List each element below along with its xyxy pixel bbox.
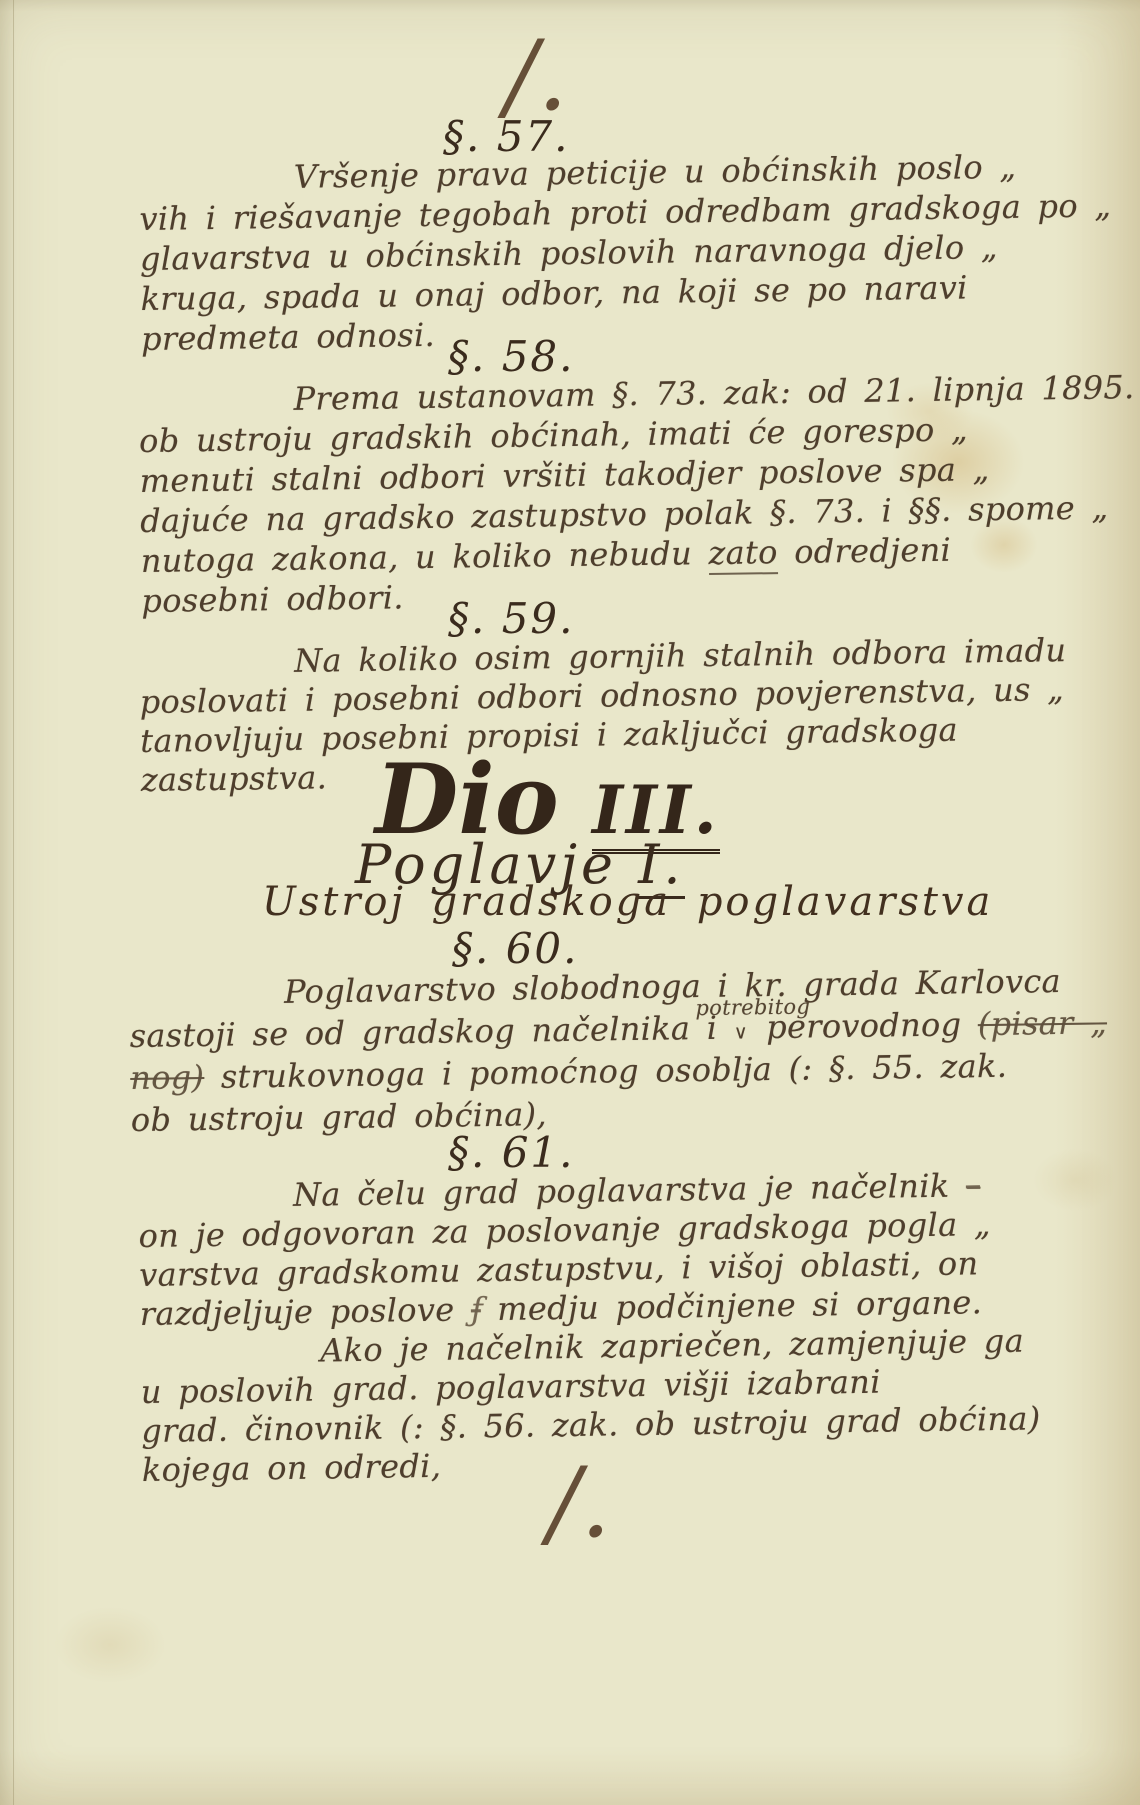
section-58-paragraph: Prema ustanovam §. 73. zak: od 21. lipnj… [138,369,1061,622]
struck-word: nog) [130,1058,205,1097]
chapter-subtitle: Ustroj gradskoga poglavarstva [262,882,993,922]
line-text: zastupstva. [141,758,328,799]
line-text: sastoji se od gradskog načelnika i [129,1009,717,1055]
line-text: medju podčinjene si organe. [497,1283,982,1328]
scribbled-out-mark: ƒ [471,1290,481,1328]
insertion-point: potrebitog ∨ [733,1008,750,1046]
line-text: razdjeljuje poslove [139,1291,454,1333]
manuscript-page: /. §. 57. Vršenje prava peticije u obćin… [0,0,1140,1805]
line-text: posebni odbori. [141,578,404,620]
section-60-paragraph: Poglavarstvo slobodnoga i kr. grada Karl… [129,962,1051,1143]
line-text: predmeta odnosi. [141,316,435,358]
line-text: nutoga zakona, u koliko nebudu [141,534,693,580]
section-57-heading: §. 57. [443,116,570,158]
underlined-word: zato [708,533,778,575]
struck-word: (pisar „ [978,1003,1108,1043]
section-60-heading: §. 60. [452,928,579,970]
bottom-continuation-mark: /. [548,1455,611,1551]
section-61-heading: §. 61. [448,1132,575,1174]
section-59-heading: §. 59. [448,598,575,640]
section-57-paragraph: Vršenje prava peticije u obćinskih poslo… [139,147,1062,360]
section-58-heading: §. 58. [448,336,575,378]
line-text: kojega on odredi, [142,1447,442,1489]
paper-fold-line [13,0,14,1805]
inserted-word-above-line: potrebitog [695,995,810,1021]
line-text: odredjeni [794,531,951,571]
top-continuation-mark: /. [505,28,568,124]
insertion-caret: ∨ [734,1021,749,1043]
scribbled-out-mark: – [966,1166,981,1204]
section-61-paragraph: Na čelu grad poglavarstva je načelnik – … [138,1165,1062,1490]
